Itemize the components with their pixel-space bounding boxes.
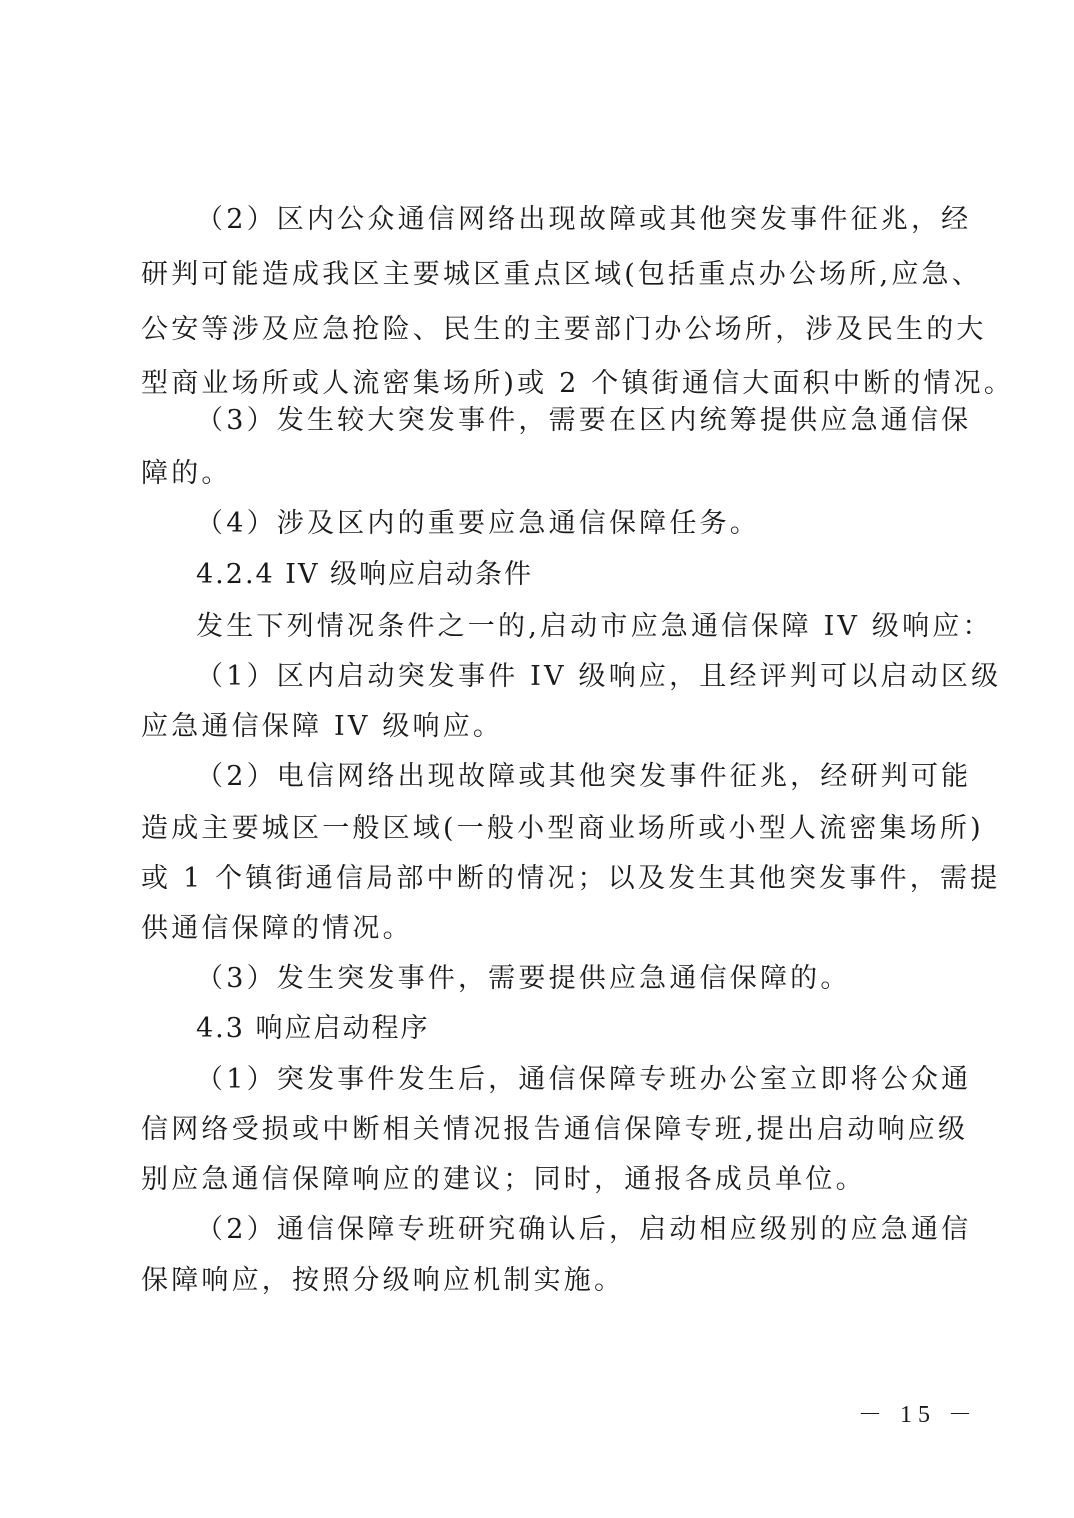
page-number: － 15 －: [858, 1400, 978, 1430]
paragraph-line: 或 1 个镇街通信局部中断的情况；以及发生其他突发事件，需提: [141, 862, 941, 896]
paragraph-line: （3）发生突发事件，需要提供应急通信保障的。: [196, 962, 941, 996]
paragraph-line: 造成主要城区一般区域(一般小型商业场所或小型人流密集场所): [141, 812, 941, 846]
paragraph-line: 别应急通信保障响应的建议；同时，通报各成员单位。: [141, 1163, 941, 1197]
section-heading-4-2-4: 4.2.4 IV 级响应启动条件: [196, 558, 533, 592]
paragraph-line: （2）电信网络出现故障或其他突发事件征兆，经研判可能: [196, 760, 941, 794]
paragraph-line: 信网络受损或中断相关情况报告通信保障专班,提出启动响应级: [141, 1113, 941, 1147]
paragraph-line: （3）发生较大突发事件，需要在区内统筹提供应急通信保: [196, 404, 941, 438]
paragraph-line: （2）区内公众通信网络出现故障或其他突发事件征兆，经: [196, 203, 941, 237]
paragraph-line: 保障响应，按照分级响应机制实施。: [141, 1264, 941, 1298]
document-page: （2）区内公众通信网络出现故障或其他突发事件征兆，经 研判可能造成我区主要城区重…: [0, 0, 1074, 1518]
paragraph-line: （4）涉及区内的重要应急通信保障任务。: [196, 507, 941, 541]
paragraph-line: 应急通信保障 IV 级响应。: [141, 710, 941, 744]
paragraph-line: 研判可能造成我区主要城区重点区域(包括重点办公场所,应急、: [141, 258, 941, 292]
section-heading-4-3: 4.3 响应启动程序: [196, 1012, 430, 1046]
paragraph-line: 公安等涉及应急抢险、民生的主要部门办公场所，涉及民生的大: [141, 313, 941, 347]
paragraph-line: （1）区内启动突发事件 IV 级响应，且经评判可以启动区级: [196, 660, 941, 694]
paragraph-line: 供通信保障的情况。: [141, 912, 941, 946]
paragraph-line: 型商业场所或人流密集场所)或 2 个镇街通信大面积中断的情况。: [141, 367, 941, 401]
paragraph-line: （2）通信保障专班研究确认后，启动相应级别的应急通信: [196, 1213, 941, 1247]
paragraph-line: 发生下列情况条件之一的,启动市应急通信保障 IV 级响应：: [196, 610, 941, 644]
paragraph-line: （1）突发事件发生后，通信保障专班办公室立即将公众通: [196, 1063, 941, 1097]
paragraph-line: 障的。: [141, 457, 941, 491]
